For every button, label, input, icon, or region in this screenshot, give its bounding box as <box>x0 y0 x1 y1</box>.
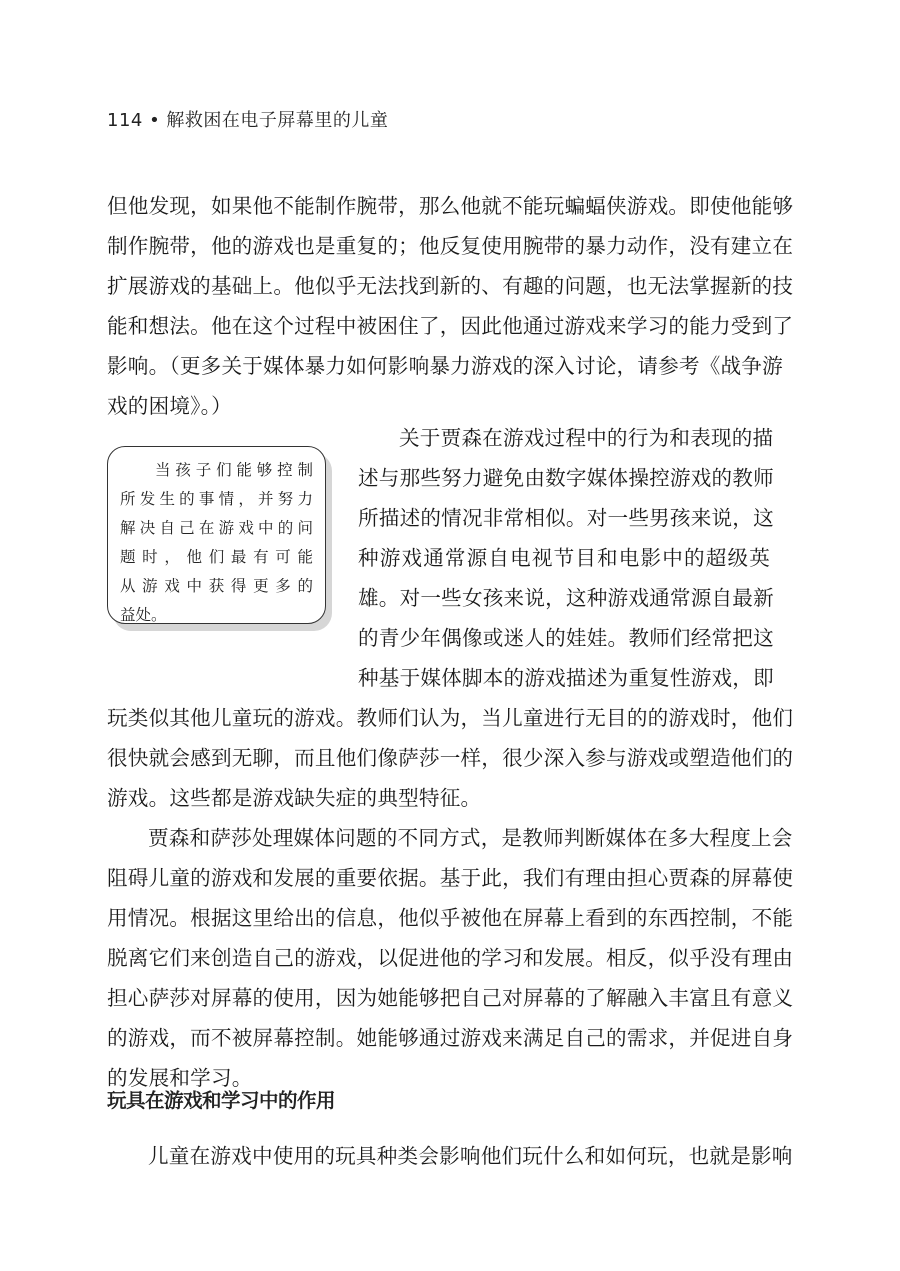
callout-line: 当孩子们能够控制 <box>120 456 313 485</box>
text-line: 游戏。这些都是游戏缺失症的典型特征。 <box>107 778 770 818</box>
text-line: 扩展游戏的基础上。他似乎无法找到新的、有趣的问题，也无法掌握新的技 <box>107 266 770 306</box>
text-line: 的青少年偶像或迷人的娃娃。教师们经常把这 <box>358 618 770 658</box>
callout-line: 题时，他们最有可能 <box>120 543 313 572</box>
text-line: 担心萨莎对屏幕的使用，因为她能够把自己对屏幕的了解融入丰富且有意义 <box>107 978 770 1018</box>
text-line: 很快就会感到无聊，而且他们像萨莎一样，很少深入参与游戏或塑造他们的 <box>107 738 770 778</box>
text-line: 述与那些努力避免由数字媒体操控游戏的教师 <box>358 458 770 498</box>
text-line: 阻碍儿童的游戏和发展的重要依据。基于此，我们有理由担心贾森的屏幕使 <box>107 858 770 898</box>
text-line: 儿童在游戏中使用的玩具种类会影响他们玩什么和如何玩，也就是影响 <box>107 1136 770 1176</box>
callout-line: 益处。 <box>120 601 313 630</box>
text-line: 关于贾森在游戏过程中的行为和表现的描 <box>358 418 770 458</box>
text-line: 玩类似其他儿童玩的游戏。教师们认为，当儿童进行无目的的游戏时，他们 <box>107 698 770 738</box>
text-line: 的游戏，而不被屏幕控制。她能够通过游戏来满足自己的需求，并促进自身 <box>107 1018 770 1058</box>
text-line: 所描述的情况非常相似。对一些男孩来说，这 <box>358 498 770 538</box>
pull-quote-box: 当孩子们能够控制 所发生的事情，并努力 解决自己在游戏中的问 题时，他们最有可能… <box>107 446 326 624</box>
text-line: 脱离它们来创造自己的游戏，以促进他的学习和发展。相反，似乎没有理由 <box>107 938 770 978</box>
text-line: 但他发现，如果他不能制作腕带，那么他就不能玩蝙蝠侠游戏。即使他能够 <box>107 186 770 226</box>
text-line: 影响。（更多关于媒体暴力如何影响暴力游戏的深入讨论，请参考《战争游 <box>107 346 770 386</box>
callout-line: 解决自己在游戏中的问 <box>120 514 313 543</box>
text-line: 种基于媒体脚本的游戏描述为重复性游戏，即 <box>358 658 770 698</box>
text-line: 能和想法。他在这个过程中被困住了，因此他通过游戏来学习的能力受到了 <box>107 306 770 346</box>
callout-line: 从游戏中获得更多的 <box>120 572 313 601</box>
section-heading: 玩具在游戏和学习中的作用 <box>107 1085 335 1113</box>
running-head: 114 • 解救困在电子屏幕里的儿童 <box>107 106 388 132</box>
text-line: 贾森和萨莎处理媒体问题的不同方式，是教师判断媒体在多大程度上会 <box>107 818 770 858</box>
text-line: 制作腕带，他的游戏也是重复的；他反复使用腕带的暴力动作，没有建立在 <box>107 226 770 266</box>
text-line: 雄。对一些女孩来说，这种游戏通常源自最新 <box>358 578 770 618</box>
text-line: 种游戏通常源自电视节目和电影中的超级英 <box>358 538 770 578</box>
text-line: 用情况。根据这里给出的信息，他似乎被他在屏幕上看到的东西控制，不能 <box>107 898 770 938</box>
callout-line: 所发生的事情，并努力 <box>120 485 313 514</box>
